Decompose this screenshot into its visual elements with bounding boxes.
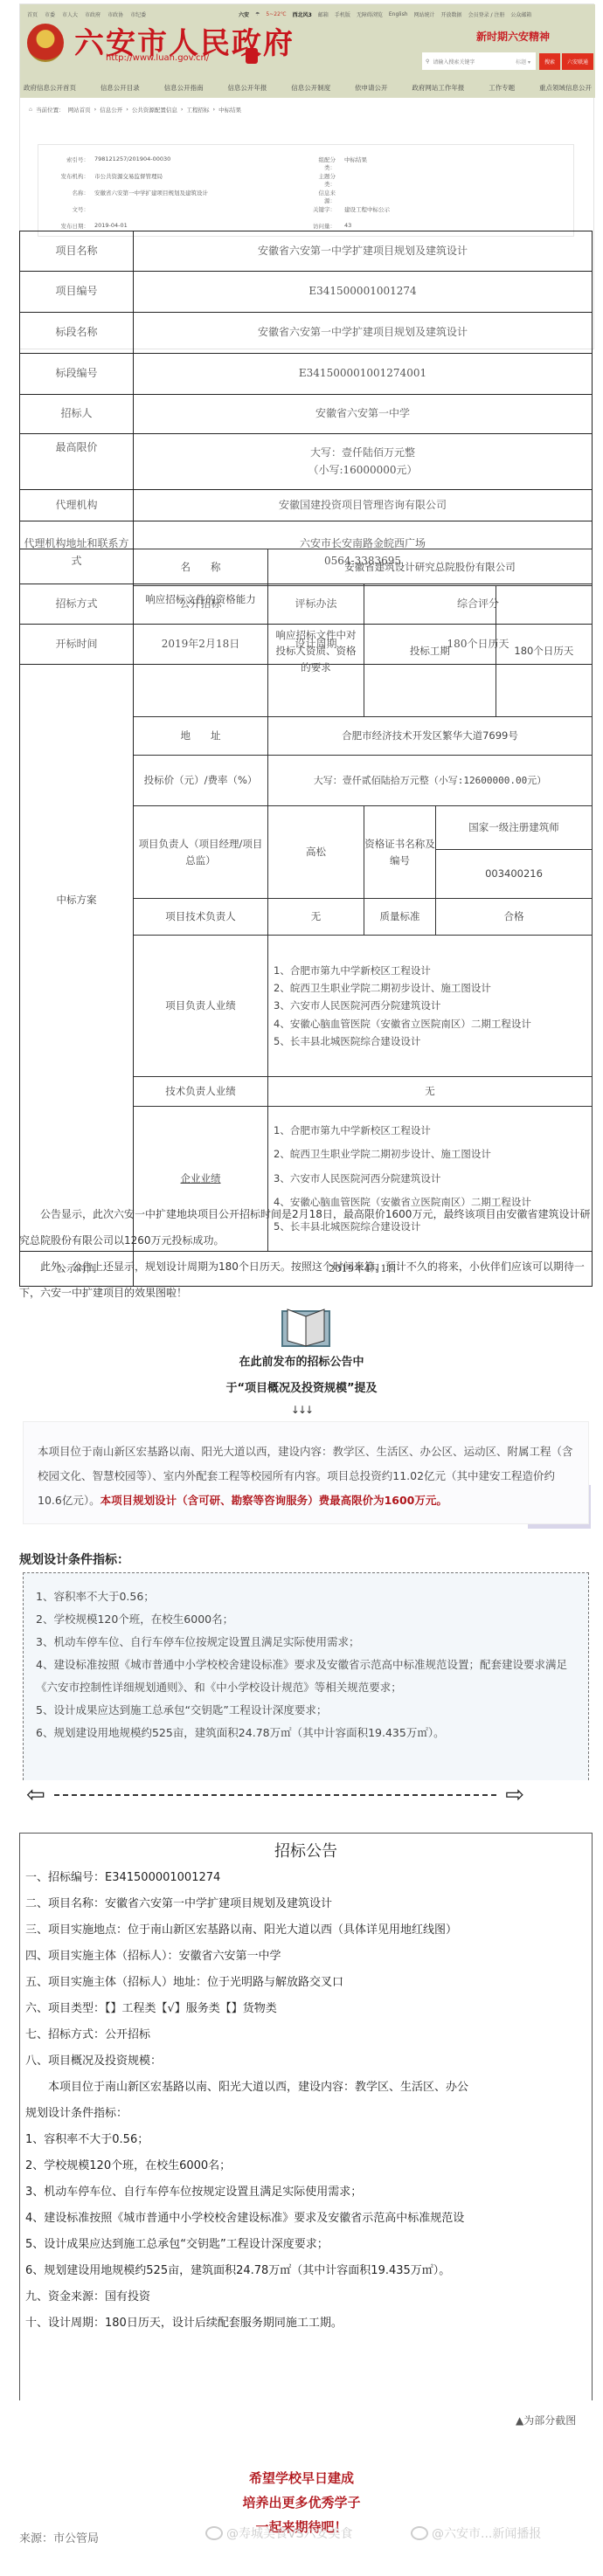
search-input[interactable]: ⚲ 请输入搜索关键字 标题 ▾ bbox=[422, 52, 536, 70]
topbar-links: 首页 市委 市人大 市政府 市政协 市纪委 bbox=[27, 10, 146, 18]
project-no-label: 项目编号 bbox=[20, 272, 134, 313]
agency-label: 代理机构 bbox=[20, 490, 134, 521]
paragraph: 此外，公告上还显示，规划设计周期为180个日历天。按照这个时间来算，预计不久的将… bbox=[19, 1253, 593, 1306]
breadcrumb-item[interactable]: 信息公开 bbox=[100, 106, 122, 114]
site-url: http://www.luan.gov.cn/ bbox=[106, 53, 209, 63]
conditions-title: 规划设计条件指标： bbox=[19, 1550, 129, 1568]
notice-line: 五、项目实施主体（招标人）地址：位于光明路与解放路交叉口 bbox=[20, 1970, 592, 1996]
manager-perf-list: 1、合肥市第九中学新校区工程设计 2、皖西卫生职业学院二期初步设计、施工图设计 … bbox=[268, 936, 593, 1077]
quality: 合格 bbox=[436, 899, 593, 936]
weather-icon: ☂ bbox=[255, 11, 260, 17]
topbar-link[interactable]: 邮箱 bbox=[318, 10, 329, 18]
winner-section-label: 中标方案 bbox=[20, 549, 134, 1252]
max-price: 大写：壹仟陆佰万元整（小写:16000000元） bbox=[134, 434, 593, 490]
slogan[interactable]: 新时期六安精神 bbox=[476, 29, 550, 44]
breadcrumb-item[interactable]: 公共资源配置信息 bbox=[132, 106, 177, 114]
condition-item: 6、规划建设用地规模约525亩，建筑面积24.78万㎡（其中计容面积19.435… bbox=[36, 1722, 576, 1744]
national-emblem-icon bbox=[27, 24, 64, 62]
price-label: 投标价（元）/费率（%） bbox=[134, 756, 268, 806]
topbar-link[interactable]: 市委 bbox=[45, 10, 55, 18]
nav-item[interactable]: 政府信息公开首页 bbox=[24, 83, 76, 93]
nav-item[interactable]: 信息公开指南 bbox=[164, 83, 204, 93]
notice-condition: 2、学校规模120个班，在校生6000名； bbox=[20, 2153, 592, 2179]
open-book-icon bbox=[281, 1306, 331, 1350]
qual-label: 响应招标文件的资格能力 bbox=[134, 586, 268, 717]
notice-condition: 1、容积率不大于0.56； bbox=[20, 2127, 592, 2153]
closing-line-1: 希望学校早日建成 bbox=[0, 2469, 603, 2487]
nav-item[interactable]: 工作专题 bbox=[489, 83, 515, 93]
notice-condition: 6、规划建设用地规模约525亩，建筑面积24.78万㎡（其中计容面积19.435… bbox=[20, 2258, 592, 2284]
project-no: E341500001001274 bbox=[134, 272, 593, 313]
notice-line: 三、项目实施地点：位于南山新区宏基路以南、阳光大道以西（具体详见用地红线图） bbox=[20, 1917, 592, 1944]
condition-item: 5、设计成果应达到施工总承包“交钥匙”工程设计深度要求； bbox=[36, 1699, 576, 1722]
address-label: 地 址 bbox=[134, 717, 268, 756]
dashed-divider bbox=[54, 1794, 496, 1796]
manager-perf-label: 项目负责人业绩 bbox=[134, 936, 268, 1077]
weibo-icon bbox=[205, 2526, 223, 2540]
tech: 无 bbox=[268, 899, 364, 936]
home-icon: ⌂ bbox=[29, 106, 32, 114]
notice-line: 七、招标方式：公开招标 bbox=[20, 2022, 592, 2048]
site-header: 首页 市委 市人大 市政府 市政协 市纪委 六安 ☂ 5~22℃ 西北风3 邮箱… bbox=[20, 4, 595, 98]
nav-item[interactable]: 依申请公开 bbox=[355, 83, 388, 93]
topbar-link[interactable]: 会员登录 / 注册 bbox=[468, 10, 505, 18]
arrow-right-icon: ⇨ bbox=[505, 1784, 524, 1806]
weather-wind: 西北风3 bbox=[293, 10, 312, 18]
topbar-link[interactable]: English bbox=[389, 11, 408, 17]
meta-info: 索引号：798121257/201904-00030组配分类：中标结果 发布机构… bbox=[20, 116, 595, 247]
topbar-link[interactable]: 市政府 bbox=[85, 10, 100, 18]
partial-screenshot-caption: ▲为部分截图 bbox=[516, 2413, 576, 2428]
agency: 安徽国建投资项目管理咨询有限公司 bbox=[134, 490, 593, 521]
breadcrumb-item[interactable]: 工程招标 bbox=[186, 106, 209, 114]
weather-temp: 5~22℃ bbox=[266, 11, 286, 17]
condition-item: 4、建设标准按照《城市普通中小学校校舍建设标准》要求及安徽省示范高中标准规范设置… bbox=[36, 1654, 576, 1699]
notice-condition: 3、机动车停车位、自行车停车位按规定设置且满足实际使用需求； bbox=[20, 2179, 592, 2206]
notice-line: 八、项目概况及投资规模： bbox=[20, 2048, 592, 2075]
notice-period: 十、设计周期：180日历天，设计后续配套服务期同施工工期。 bbox=[20, 2310, 592, 2337]
notice-line: 二、项目名称：安徽省六安第一中学扩建项目规划及建筑设计 bbox=[20, 1891, 592, 1917]
luan-button[interactable]: 六安联通 bbox=[562, 53, 593, 70]
source-credit: 来源：市公管局 bbox=[19, 2529, 99, 2545]
topbar-right: 六安 ☂ 5~22℃ 西北风3 邮箱 手机版 无障碍浏览 English 网站统… bbox=[239, 10, 531, 18]
nav-item[interactable]: 信息公开年报 bbox=[227, 83, 267, 93]
notice-overview: 本项目位于南山新区宏基路以南、阳光大道以西，建设内容：教学区、生活区、办公 bbox=[20, 2075, 592, 2101]
search-scope-select[interactable]: 标题 ▾ bbox=[516, 58, 530, 66]
section-no-label: 标段编号 bbox=[20, 354, 134, 395]
tenderer: 安徽省六安第一中学 bbox=[134, 395, 593, 434]
section-name-label: 标段名称 bbox=[20, 313, 134, 354]
topbar-link[interactable]: 首页 bbox=[27, 10, 38, 18]
duration-label: 投标工期 bbox=[364, 586, 496, 717]
winner-address: 合肥市经济技术开发区繁华大道7699号 bbox=[268, 717, 593, 756]
list-item: 1、合肥市第九中学新校区工程设计 bbox=[274, 962, 586, 979]
name-label: 名 称 bbox=[134, 549, 268, 586]
tech-label: 项目技术负责人 bbox=[134, 899, 268, 936]
meta-box: 索引号：798121257/201904-00030组配分类：中标结果 发布机构… bbox=[38, 144, 574, 237]
condition-item: 1、容积率不大于0.56； bbox=[36, 1585, 576, 1608]
search-icon: ⚲ bbox=[426, 59, 429, 65]
notice-line: 一、招标编号：E341500001001274 bbox=[20, 1865, 592, 1891]
weibo-icon bbox=[411, 2526, 428, 2540]
notice-cond-title: 规划设计条件指标： bbox=[20, 2101, 592, 2127]
manager-label: 项目负责人（项目经理/项目总监） bbox=[134, 806, 268, 899]
breadcrumb: ⌂ 当前位置： 网站首页› 信息公开› 公共资源配置信息› 工程招标› 中标结果 bbox=[29, 106, 241, 114]
notice-fund: 九、资金来源：国有投资 bbox=[20, 2284, 592, 2310]
notice-condition: 5、设计成果应达到施工总承包“交钥匙”工程设计深度要求； bbox=[20, 2232, 592, 2258]
quote-box: 本项目位于南山新区宏基路以南、阳光大道以西，建设内容：教学区、生活区、办公区、运… bbox=[23, 1421, 589, 1524]
meta-row: 索引号：798121257/201904-00030组配分类：中标结果 bbox=[38, 155, 573, 173]
project-name: 安徽省六安第一中学扩建项目规划及建筑设计 bbox=[134, 231, 593, 272]
condition-item: 3、机动车停车位、自行车停车位按规定设置且满足实际使用需求； bbox=[36, 1631, 576, 1654]
manager: 高松 bbox=[268, 806, 364, 899]
conditions-arrows: ⇦ ⇨ bbox=[26, 1782, 524, 1808]
cert-label: 资格证书名称及编号 bbox=[364, 806, 436, 899]
tech-perf-label: 技术负责人业绩 bbox=[134, 1077, 268, 1107]
meta-row: 发布机构：市公共资源交易监督管理局主题分类： bbox=[38, 172, 573, 190]
nav-item[interactable]: 信息公开目录 bbox=[100, 83, 140, 93]
bid-notice: 招标公告 一、招标编号：E341500001001274 二、项目名称：安徽省六… bbox=[19, 1833, 593, 2400]
breadcrumb-item[interactable]: 网站首页 bbox=[68, 106, 91, 114]
list-item: 2、皖西卫生职业学院二期初步设计、施工图设计 bbox=[274, 979, 586, 997]
quality-label: 质量标准 bbox=[364, 899, 436, 936]
watermark-2: @六安市...新闻播报 bbox=[411, 2524, 541, 2542]
section-name: 安徽省六安第一中学扩建项目规划及建筑设计 bbox=[134, 313, 593, 354]
paragraph: 公告显示，此次六安一中扩建地块项目公开招标时间是2月18日，最高限价1600万元… bbox=[19, 1201, 593, 1253]
main-nav: 政府信息公开首页 信息公开目录 信息公开指南 信息公开年报 信息公开制度 依申请… bbox=[20, 78, 595, 97]
notice-condition: 4、建设标准按照《城市普通中小学校校舍建设标准》要求及安徽省示范高中标准规范设 bbox=[20, 2206, 592, 2232]
lead-line-2: 于“项目概况及投资规模”提及 bbox=[0, 1378, 603, 1395]
closing-line-2: 培养出更多优秀学子 bbox=[0, 2493, 603, 2511]
topbar-link[interactable]: 无障碍浏览 bbox=[357, 10, 383, 18]
topbar-link[interactable]: 市纪委 bbox=[130, 10, 146, 18]
list-item: 5、长丰县北城医院综合建设设计 bbox=[274, 1032, 586, 1050]
duration: 180个日历天 bbox=[496, 586, 592, 717]
nav-item[interactable]: 信息公开制度 bbox=[291, 83, 330, 93]
lead-line-1: 在此前发布的招标公告中 bbox=[0, 1352, 603, 1369]
topbar-link[interactable]: 公众邮箱 bbox=[510, 10, 531, 18]
arrow-left-icon: ⇦ bbox=[26, 1784, 45, 1806]
max-price-label: 最高限价 bbox=[20, 434, 134, 490]
topbar-link[interactable]: 网站统计 bbox=[414, 10, 435, 18]
weather-city: 六安 bbox=[239, 10, 249, 18]
breadcrumb-item[interactable]: 中标结果 bbox=[218, 106, 241, 114]
project-name-label: 项目名称 bbox=[20, 231, 134, 272]
quote-highlight: 本项目规划设计（含可研、勘察等咨询服务）费最高限价为1600万元。 bbox=[100, 1494, 447, 1507]
list-item: 4、安徽心脑血管医院（安徽省立医院南区）二期工程设计 bbox=[274, 1015, 586, 1032]
cert-name: 国家一级注册建筑师 bbox=[436, 806, 593, 850]
cert-no: 003400216 bbox=[436, 850, 593, 899]
nav-item[interactable]: 重点领域信息公开 bbox=[539, 83, 592, 93]
condition-item: 2、学校规模120个班，在校生6000名； bbox=[36, 1608, 576, 1631]
winner-name: 安徽省建筑设计研究总院股份有限公司 bbox=[268, 549, 593, 586]
search-placeholder: 请输入搜索关键字 bbox=[433, 58, 475, 66]
tech-perf: 无 bbox=[268, 1077, 593, 1107]
bid-price: 大写：壹仟贰佰陆拾万元整（小写:12600000.00元） bbox=[268, 756, 593, 806]
list-item: 2、皖西卫生职业学院二期初步设计、施工图设计 bbox=[274, 1143, 586, 1167]
qual-value: 响应招标文件中对投标人资质、资格的要求 bbox=[268, 586, 364, 717]
watermark-1: @寿城美食VS六安美食 bbox=[205, 2524, 352, 2542]
article-body: 公告显示，此次六安一中扩建地块项目公开招标时间是2月18日，最高限价1600万元… bbox=[19, 1201, 593, 1306]
topbar-link[interactable]: 市人大 bbox=[62, 10, 78, 18]
winner-table: 中标方案 名 称 安徽省建筑设计研究总院股份有限公司 响应招标文件的资格能力 响… bbox=[19, 549, 593, 1287]
topbar-link[interactable]: 手机版 bbox=[335, 10, 350, 18]
list-item: 1、合肥市第九中学新校区工程设计 bbox=[274, 1119, 586, 1143]
topbar-link[interactable]: 市政协 bbox=[107, 10, 123, 18]
notice-title: 招标公告 bbox=[20, 1839, 592, 1861]
search-button[interactable]: 搜索 bbox=[539, 53, 560, 70]
nav-item[interactable]: 政府网站工作年报 bbox=[412, 83, 464, 93]
meta-row: 名称：安徽省六安第一中学扩建项目规划及建筑设计信息来源： bbox=[38, 189, 573, 206]
topbar-link[interactable]: 开放数据 bbox=[441, 10, 462, 18]
seal-icon bbox=[246, 48, 258, 64]
meta-row: 文号：关键字：建设工程中标公示 bbox=[38, 205, 573, 223]
down-arrows-icon: ↓↓↓ bbox=[0, 1404, 603, 1416]
list-item: 3、六安市人民医院河西分院建筑设计 bbox=[274, 1167, 586, 1191]
tenderer-label: 招标人 bbox=[20, 395, 134, 434]
conditions-box: 1、容积率不大于0.56； 2、学校规模120个班，在校生6000名； 3、机动… bbox=[23, 1572, 589, 1780]
notice-line: 四、项目实施主体（招标人）：安徽省六安第一中学 bbox=[20, 1944, 592, 1970]
section-no: E341500001001274001 bbox=[134, 354, 593, 395]
list-item: 3、六安市人民医院河西分院建筑设计 bbox=[274, 997, 586, 1014]
notice-line: 六、项目类型：【】工程类【√】服务类【】货物类 bbox=[20, 1996, 592, 2022]
